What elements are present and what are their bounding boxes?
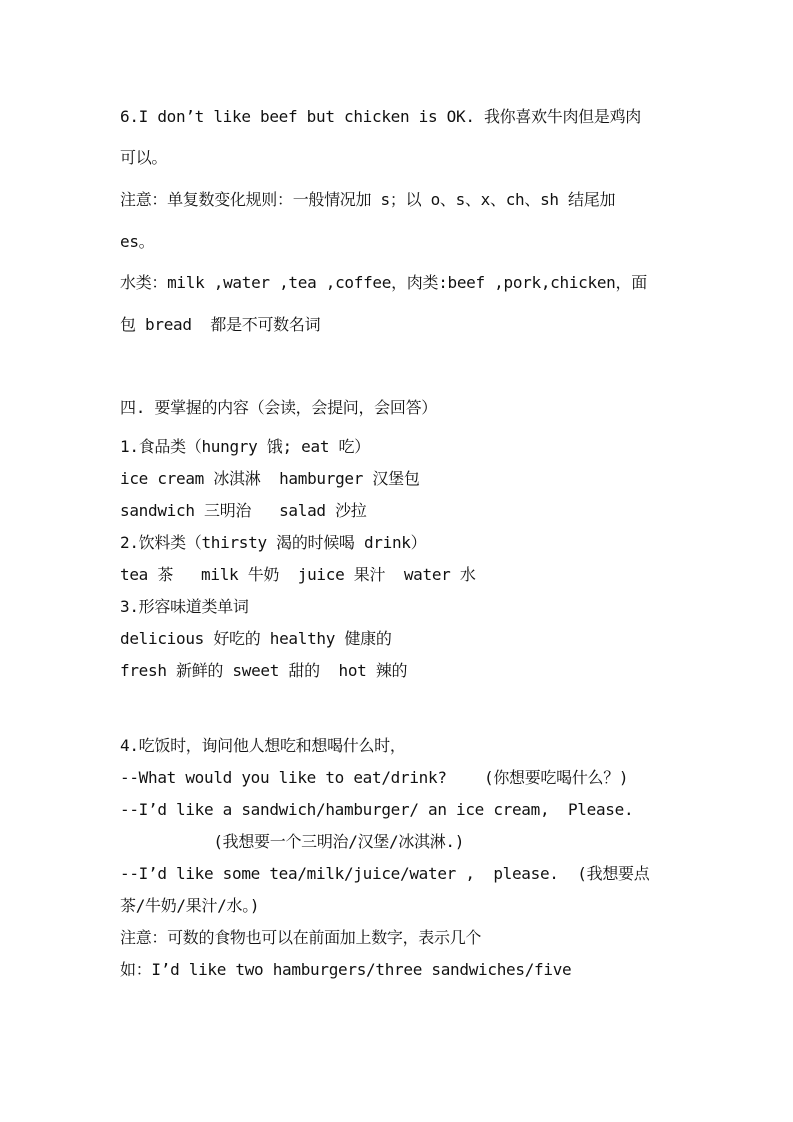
text-line: 可以。 <box>120 148 167 168</box>
text-line: 注意：可数的食物也可以在前面加上数字，表示几个 <box>120 928 481 948</box>
text-line: 水类：milk ,water ,tea ,coffee，肉类:beef ,por… <box>120 273 647 293</box>
text-line: --I’d like some tea/milk/juice/water , p… <box>120 864 649 884</box>
text-line: es。 <box>120 232 154 252</box>
text-line: 注意：单复数变化规则：一般情况加 s；以 o、s、x、ch、sh 结尾加 <box>120 190 615 210</box>
text-line: 包 bread 都是不可数名词 <box>120 315 320 335</box>
text-line: 1.食品类（hungry 饿; eat 吃） <box>120 437 370 457</box>
text-line: 如：I’d like two hamburgers/three sandwich… <box>120 960 571 980</box>
text-line: ice cream 冰淇淋 hamburger 汉堡包 <box>120 469 420 489</box>
text-line: --What would you like to eat/drink? (你想要… <box>120 768 628 788</box>
text-line: tea 茶 milk 牛奶 juice 果汁 water 水 <box>120 565 476 585</box>
text-line: sandwich 三明治 salad 沙拉 <box>120 501 367 521</box>
text-line: --I’d like a sandwich/hamburger/ an ice … <box>120 800 633 820</box>
text-line: 茶/牛奶/果汁/水。) <box>120 896 259 916</box>
text-line: 3.形容味道类单词 <box>120 597 249 617</box>
text-line: 四. 要掌握的内容（会读，会提问，会回答） <box>120 398 437 418</box>
text-line: 2.饮料类（thirsty 渴的时候喝 drink） <box>120 533 426 553</box>
text-line: fresh 新鲜的 sweet 甜的 hot 辣的 <box>120 661 407 681</box>
text-line: delicious 好吃的 healthy 健康的 <box>120 629 392 649</box>
text-line: (我想要一个三明治/汉堡/冰淇淋.) <box>120 832 464 852</box>
text-line: 6.I don’t like beef but chicken is OK. 我… <box>120 107 641 127</box>
text-line: 4.吃饭时，询问他人想吃和想喝什么时， <box>120 736 406 756</box>
